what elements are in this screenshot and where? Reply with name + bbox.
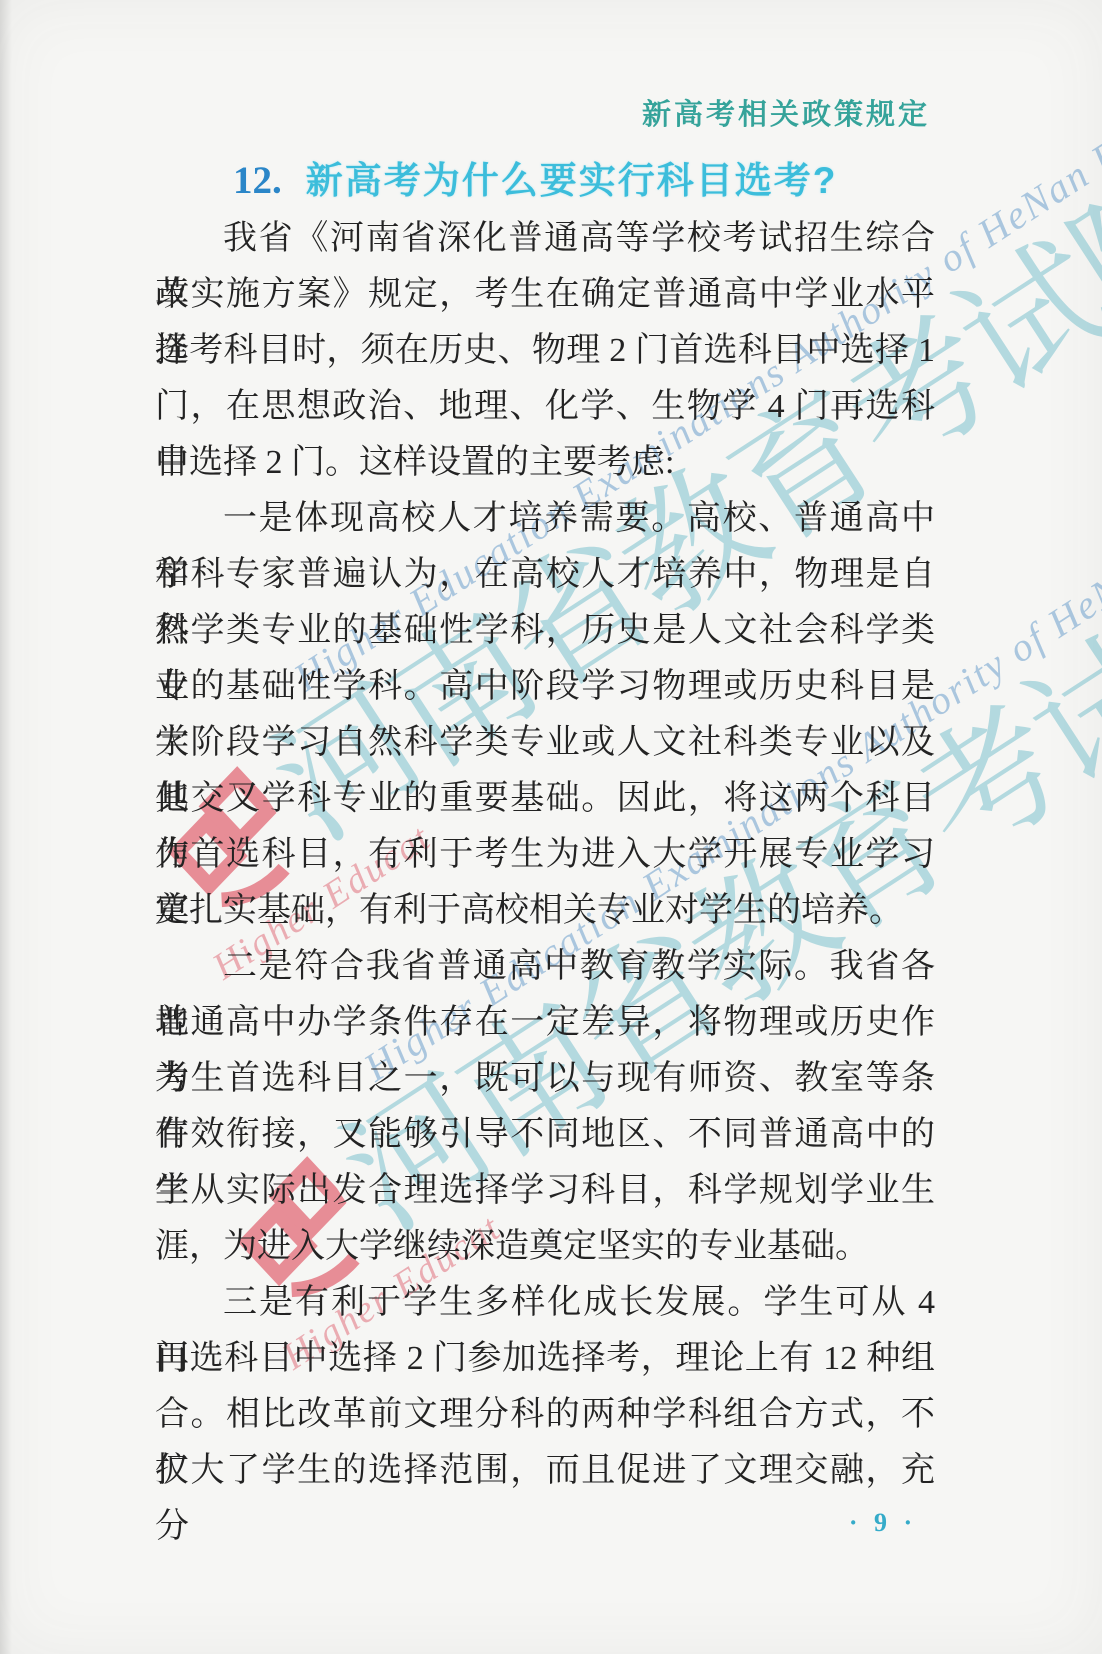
body-line: 中选择 2 门。这样设置的主要考虑:	[155, 435, 935, 491]
body-line: 他交叉学科专业的重要基础。因此，将这两个科目作	[155, 771, 935, 827]
body-line: 涯，为进入大学继续深造奠定坚实的专业基础。	[155, 1219, 935, 1275]
body-line: 有效衔接，又能够引导不同地区、不同普通高中的学	[155, 1107, 935, 1163]
body-line: 门，在思想政治、地理、化学、生物学 4 门再选科目	[155, 379, 935, 435]
body-line: 定扎实基础，有利于高校相关专业对学生的培养。	[155, 883, 935, 939]
heading-number: 12.	[233, 159, 282, 202]
section-heading: 12.新高考为什么要实行科目选考?	[233, 150, 837, 204]
body-text: 我省《河南省深化普通高等学校考试招生综合改革实施方案》规定，考生在确定普通高中学…	[155, 211, 935, 1499]
body-line: 一是体现高校人才培养需要。高校、普通高中和	[155, 491, 935, 547]
body-line: 为首选科目，有利于考生为进入大学开展专业学习奠	[155, 827, 935, 883]
body-line: 扩大了学生的选择范围，而且促进了文理交融，充分	[155, 1443, 935, 1499]
body-line: 择考科目时，须在历史、物理 2 门首选科目中选择 1	[155, 323, 935, 379]
running-header: 新高考相关政策规定	[642, 92, 930, 133]
body-line: 考生首选科目之一，既可以与现有师资、教室等条件	[155, 1051, 935, 1107]
body-line: 革实施方案》规定，考生在确定普通高中学业水平选	[155, 267, 935, 323]
body-line: 我省《河南省深化普通高等学校考试招生综合改	[155, 211, 935, 267]
body-line: 学阶段学习自然科学类专业或人文社科类专业以及其	[155, 715, 935, 771]
body-line: 三是有利于学生多样化成长发展。学生可从 4 门	[155, 1275, 935, 1331]
body-line: 生从实际出发合理选择学习科目，科学规划学业生	[155, 1163, 935, 1219]
body-line: 普通高中办学条件存在一定差异，将物理或历史作为	[155, 995, 935, 1051]
page-number: · 9 ·	[828, 1508, 938, 1538]
body-line: 合。相比改革前文理分科的两种学科组合方式，不仅	[155, 1387, 935, 1443]
body-line: 学科专家普遍认为，在高校人才培养中，物理是自然	[155, 547, 935, 603]
body-line: 二是符合我省普通高中教育教学实际。我省各地	[155, 939, 935, 995]
heading-title: 新高考为什么要实行科目选考?	[306, 160, 838, 201]
document-page: 河南省教育考试院 Higher Education Examinations A…	[0, 0, 1102, 1654]
body-line: 业的基础性学科。高中阶段学习物理或历史科目是大	[155, 659, 935, 715]
body-line: 再选科目中选择 2 门参加选择考，理论上有 12 种组	[155, 1331, 935, 1387]
body-line: 科学类专业的基础性学科，历史是人文社会科学类专	[155, 603, 935, 659]
